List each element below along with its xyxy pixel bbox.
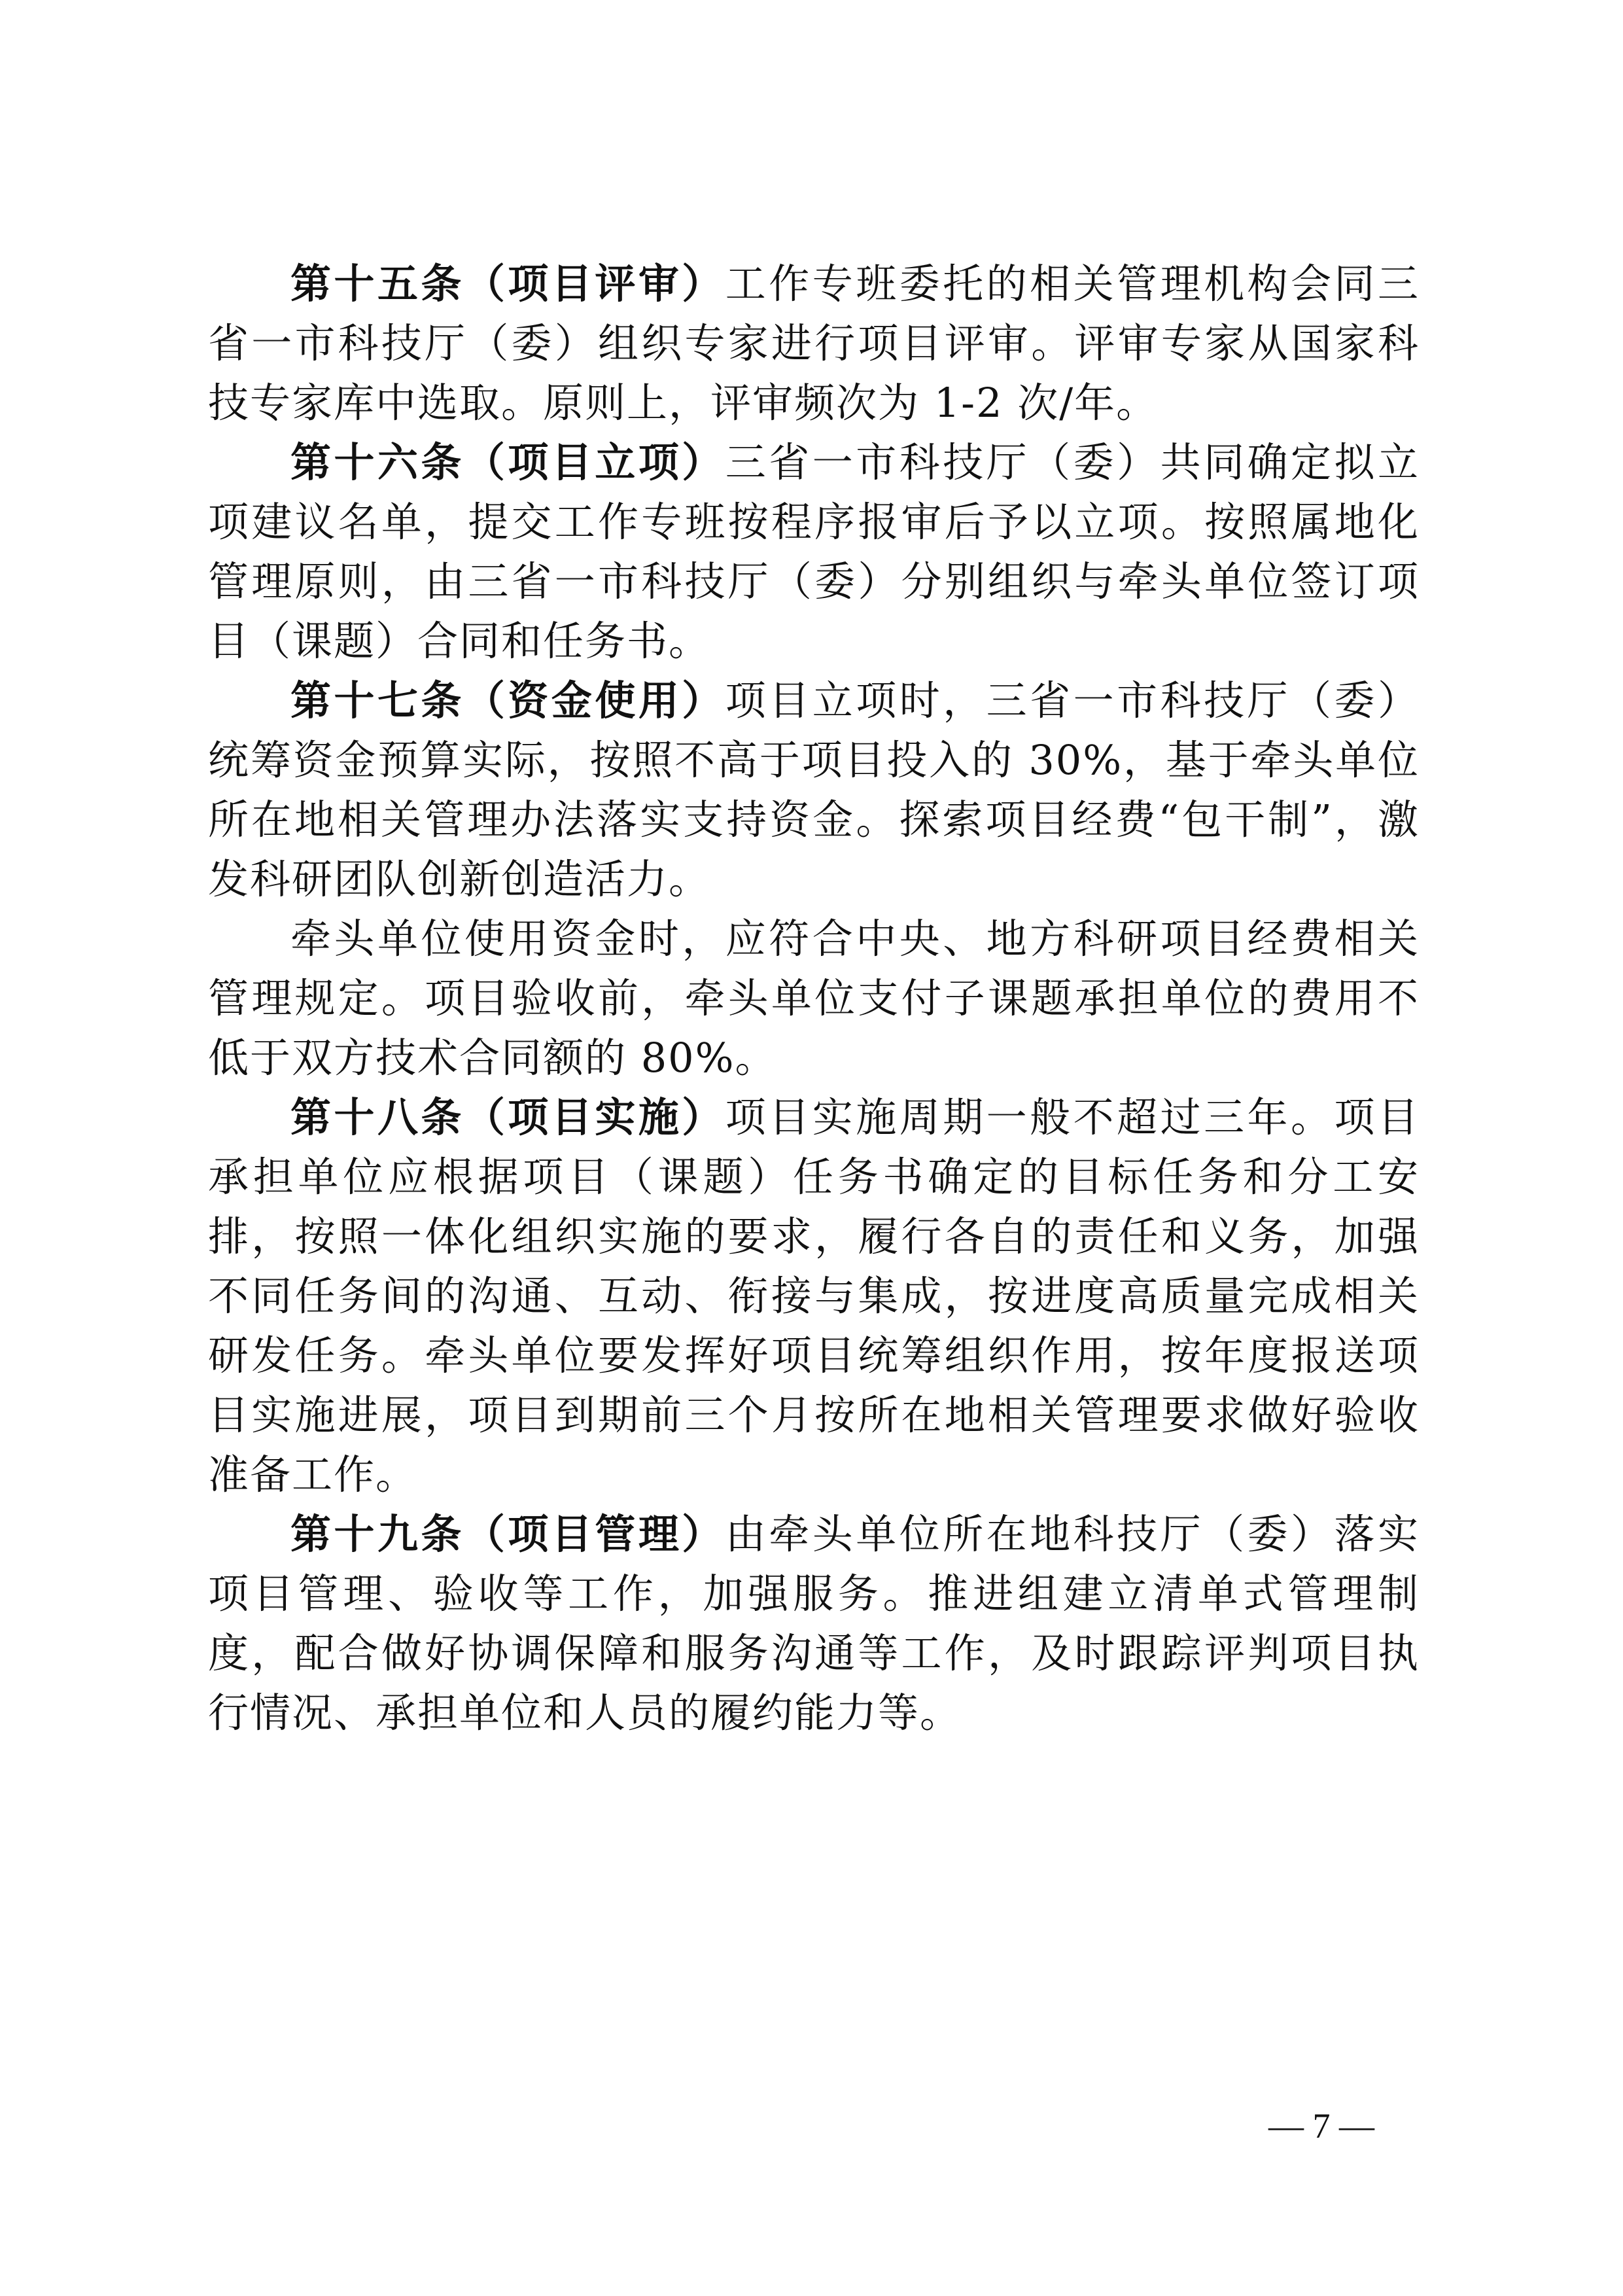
article-15-heading: 第十五条（项目评审） (290, 260, 725, 308)
document-body: 第十五条（项目评审）工作专班委托的相关管理机构会同三省一市科技厅（委）组织专家进… (208, 254, 1420, 1742)
article-16-paragraph: 第十六条（项目立项）三省一市科技厅（委）共同确定拟立项建议名单，提交工作专班按程… (208, 433, 1420, 671)
article-17-heading: 第十七条（资金使用） (290, 677, 725, 724)
article-17-paragraph: 第十七条（资金使用）项目立项时，三省一市科技厅（委）统筹资金预算实际，按照不高于… (208, 671, 1420, 909)
article-19-paragraph: 第十九条（项目管理）由牵头单位所在地科技厅（委）落实项目管理、验收等工作，加强服… (208, 1504, 1420, 1742)
page-number: — 7 — (1243, 2106, 1400, 2146)
article-15-paragraph: 第十五条（项目评审）工作专班委托的相关管理机构会同三省一市科技厅（委）组织专家进… (208, 254, 1420, 433)
article-18-heading: 第十八条（项目实施） (290, 1093, 725, 1141)
article-18-text: 项目实施周期一般不超过三年。项目承担单位应根据项目（课题）任务书确定的目标任务和… (208, 1093, 1420, 1498)
article-17-funding-text: 牵头单位使用资金时，应符合中央、地方科研项目经费相关管理规定。项目验收前，牵头单… (208, 915, 1420, 1082)
article-16-heading: 第十六条（项目立项） (290, 438, 725, 486)
article-19-heading: 第十九条（项目管理） (290, 1510, 725, 1558)
article-17-funding-paragraph: 牵头单位使用资金时，应符合中央、地方科研项目经费相关管理规定。项目验收前，牵头单… (208, 909, 1420, 1087)
article-18-paragraph: 第十八条（项目实施）项目实施周期一般不超过三年。项目承担单位应根据项目（课题）任… (208, 1087, 1420, 1504)
